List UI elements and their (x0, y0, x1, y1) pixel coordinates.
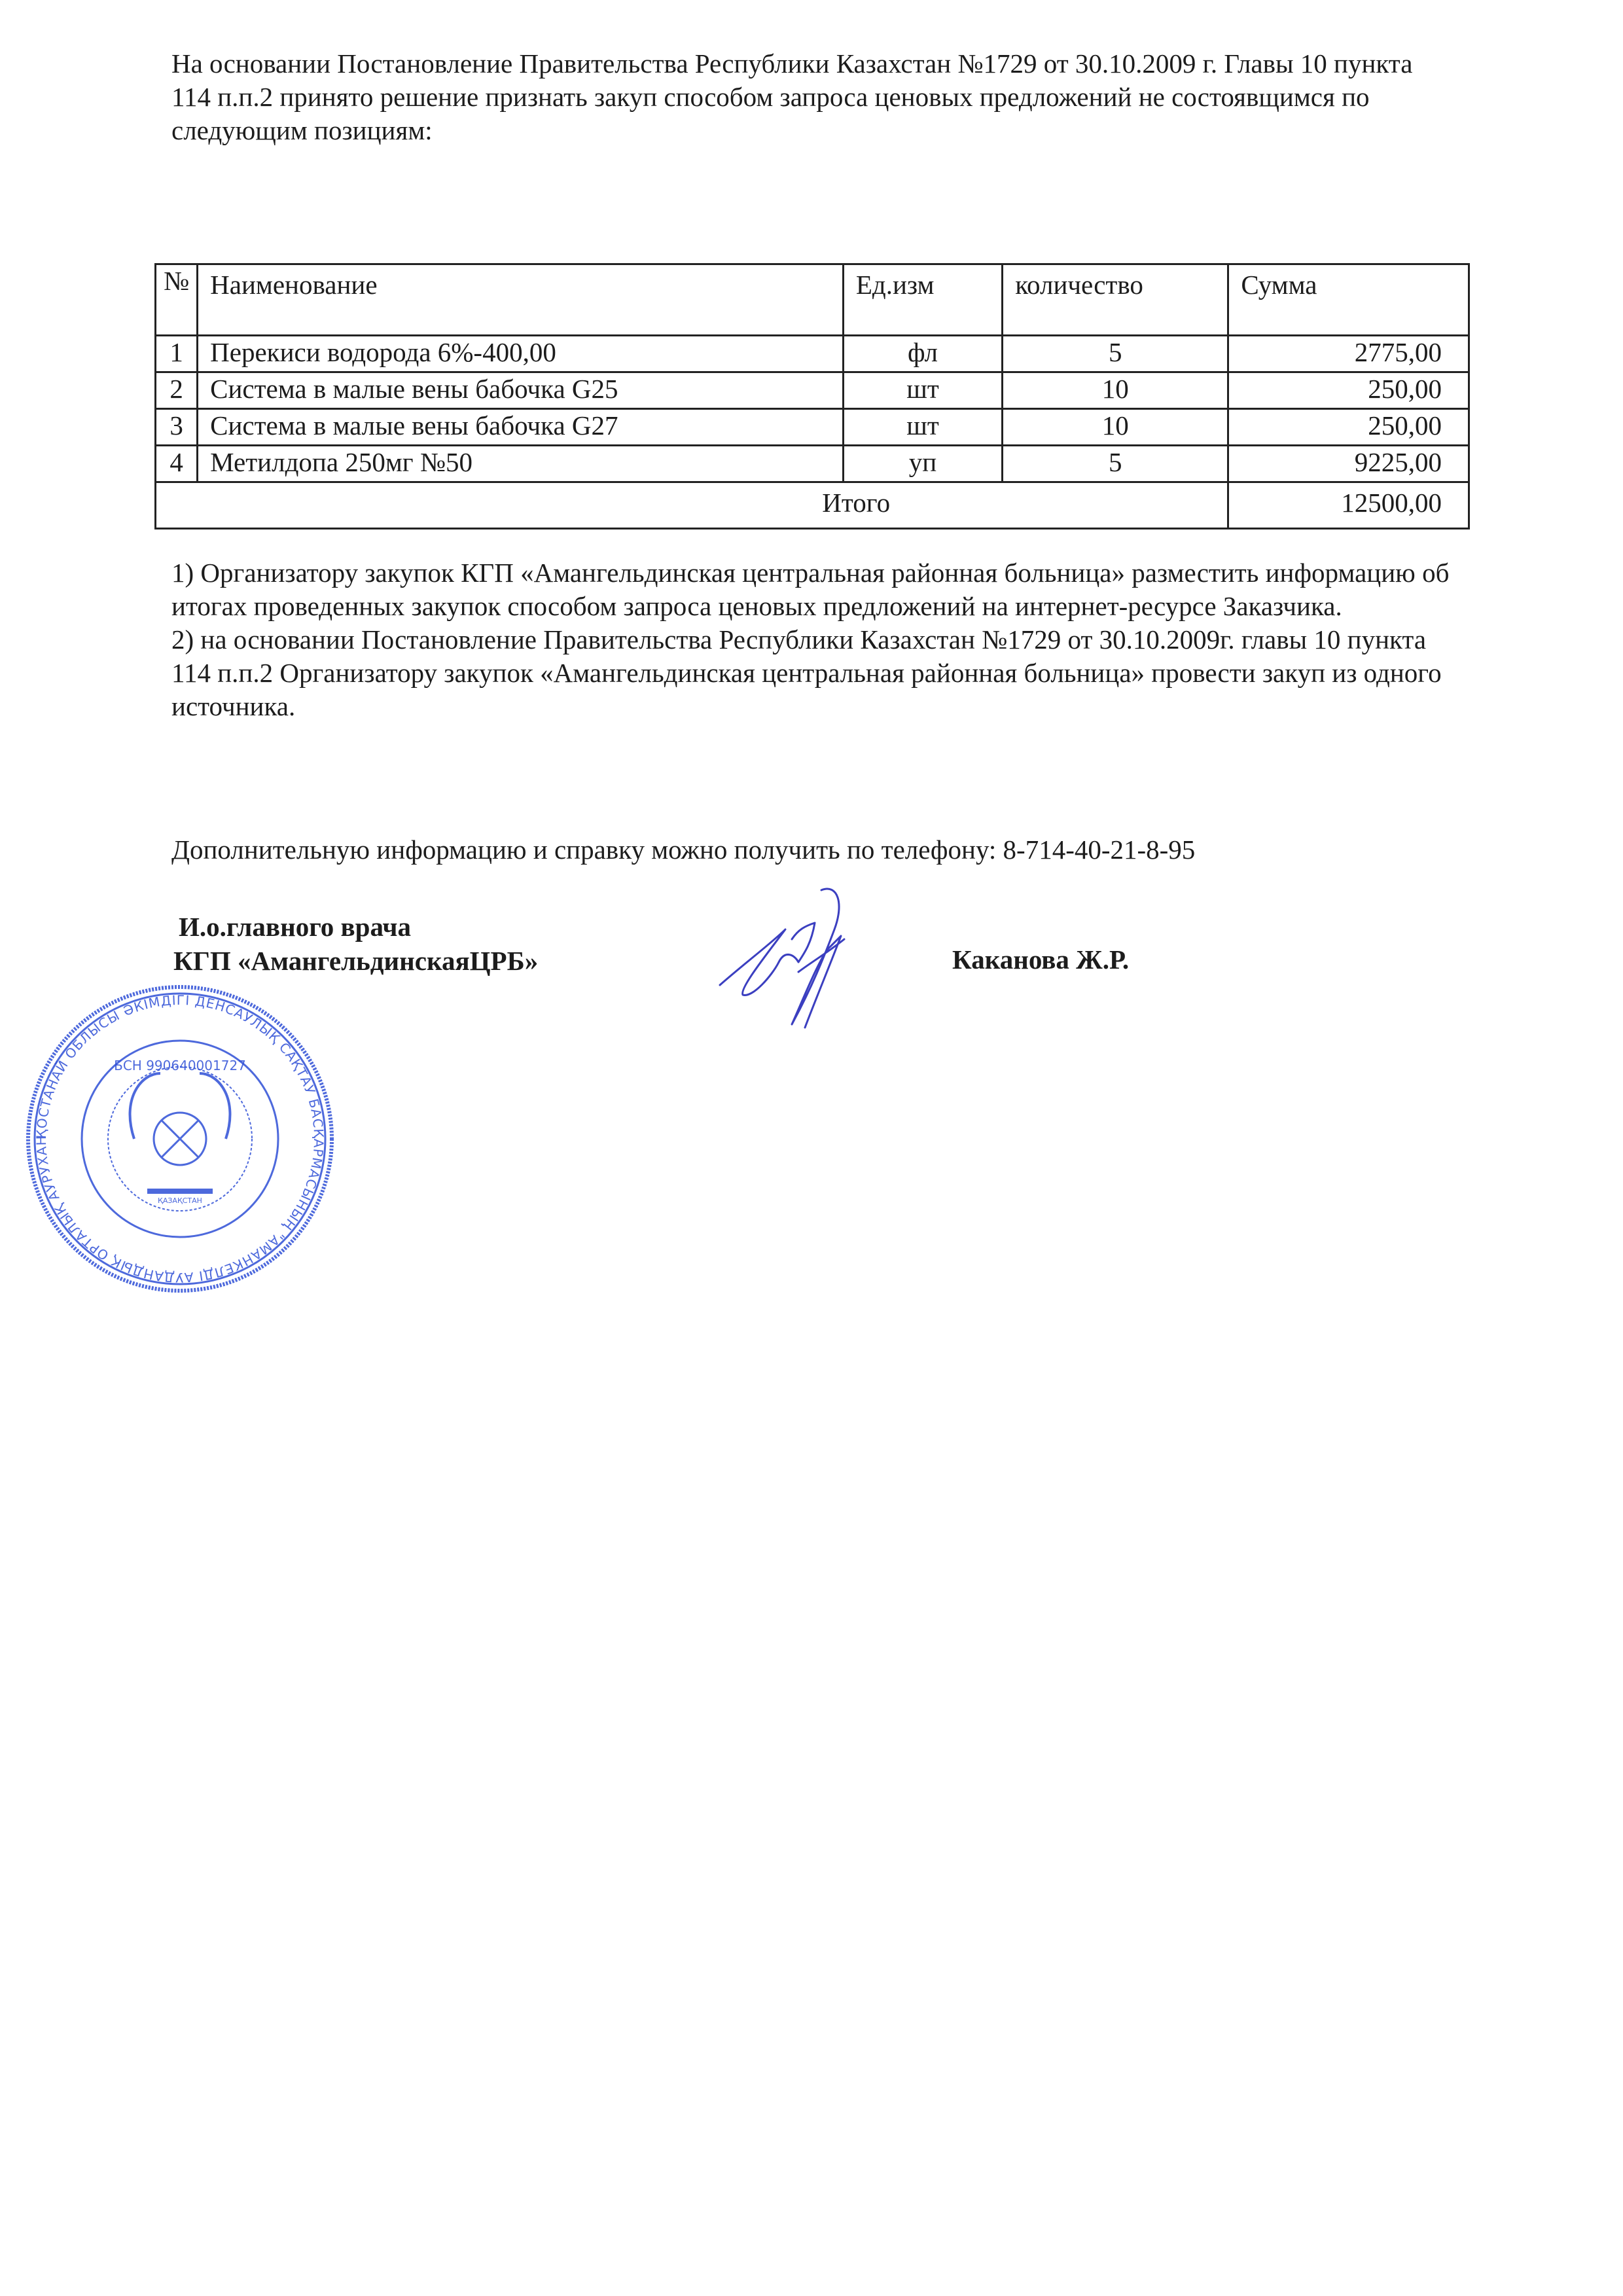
table-row: 2 Система в малые вены бабочка G25 шт 10… (156, 372, 1469, 409)
table-row: 4 Метилдопа 250мг №50 уп 5 9225,00 (156, 446, 1469, 482)
signatory-position: И.о.главного врача КГП «АмангельдинскаяЦ… (173, 910, 538, 978)
row-unit: шт (843, 409, 1002, 446)
total-value: 12500,00 (1228, 482, 1469, 529)
header-unit: Ед.изм (843, 264, 1002, 336)
stamp-emblem-label: ҚАЗАҚСТАН (158, 1196, 202, 1205)
row-name: Перекиси водорода 6%-400,00 (198, 336, 844, 372)
row-sum: 9225,00 (1228, 446, 1469, 482)
row-unit: шт (843, 372, 1002, 409)
table-row: 1 Перекиси водорода 6%-400,00 фл 5 2775,… (156, 336, 1469, 372)
row-unit: уп (843, 446, 1002, 482)
row-sum: 250,00 (1228, 372, 1469, 409)
row-name: Система в малые вены бабочка G25 (198, 372, 844, 409)
row-qty: 5 (1003, 446, 1228, 482)
signatory-name: Каканова Ж.Р. (952, 944, 1129, 975)
position-line: И.о.главного врача (173, 910, 538, 944)
row-num: 2 (156, 372, 198, 409)
row-name: Метилдопа 250мг №50 (198, 446, 844, 482)
row-qty: 10 (1003, 409, 1228, 446)
row-sum: 2775,00 (1228, 336, 1469, 372)
row-qty: 5 (1003, 336, 1228, 372)
contact-line: Дополнительную информацию и справку можн… (171, 833, 1454, 867)
row-num: 3 (156, 409, 198, 446)
intro-paragraph: На основании Постановление Правительства… (171, 47, 1454, 147)
resolution-item: 1) Организатору закупок КГП «Амангельдин… (171, 556, 1454, 623)
resolutions-block: 1) Организатору закупок КГП «Амангельдин… (171, 556, 1454, 723)
official-stamp-icon: ҚОСТАНАЙ ОБЛЫСЫ ӘКІМДІГІ ДЕНСАУЛЫҚ САҚТА… (16, 982, 344, 1296)
row-qty: 10 (1003, 372, 1228, 409)
row-num: 1 (156, 336, 198, 372)
header-sum: Сумма (1228, 264, 1469, 336)
header-num: № (156, 264, 198, 336)
items-table: № Наименование Ед.изм количество Сумма 1… (154, 263, 1470, 529)
table-total-row: Итого 12500,00 (156, 482, 1469, 529)
resolution-item: 2) на основании Постановление Правительс… (171, 623, 1454, 723)
header-name: Наименование (198, 264, 844, 336)
table-row: 3 Система в малые вены бабочка G27 шт 10… (156, 409, 1469, 446)
row-num: 4 (156, 446, 198, 482)
row-sum: 250,00 (1228, 409, 1469, 446)
organization-line: КГП «АмангельдинскаяЦРБ» (173, 944, 538, 978)
total-label: Итого (156, 482, 1228, 529)
stamp-bin: БСН 990640001727 (114, 1058, 246, 1073)
header-qty: количество (1003, 264, 1228, 336)
row-unit: фл (843, 336, 1002, 372)
signature-icon (707, 877, 923, 1034)
row-name: Система в малые вены бабочка G27 (198, 409, 844, 446)
table-header-row: № Наименование Ед.изм количество Сумма (156, 264, 1469, 336)
